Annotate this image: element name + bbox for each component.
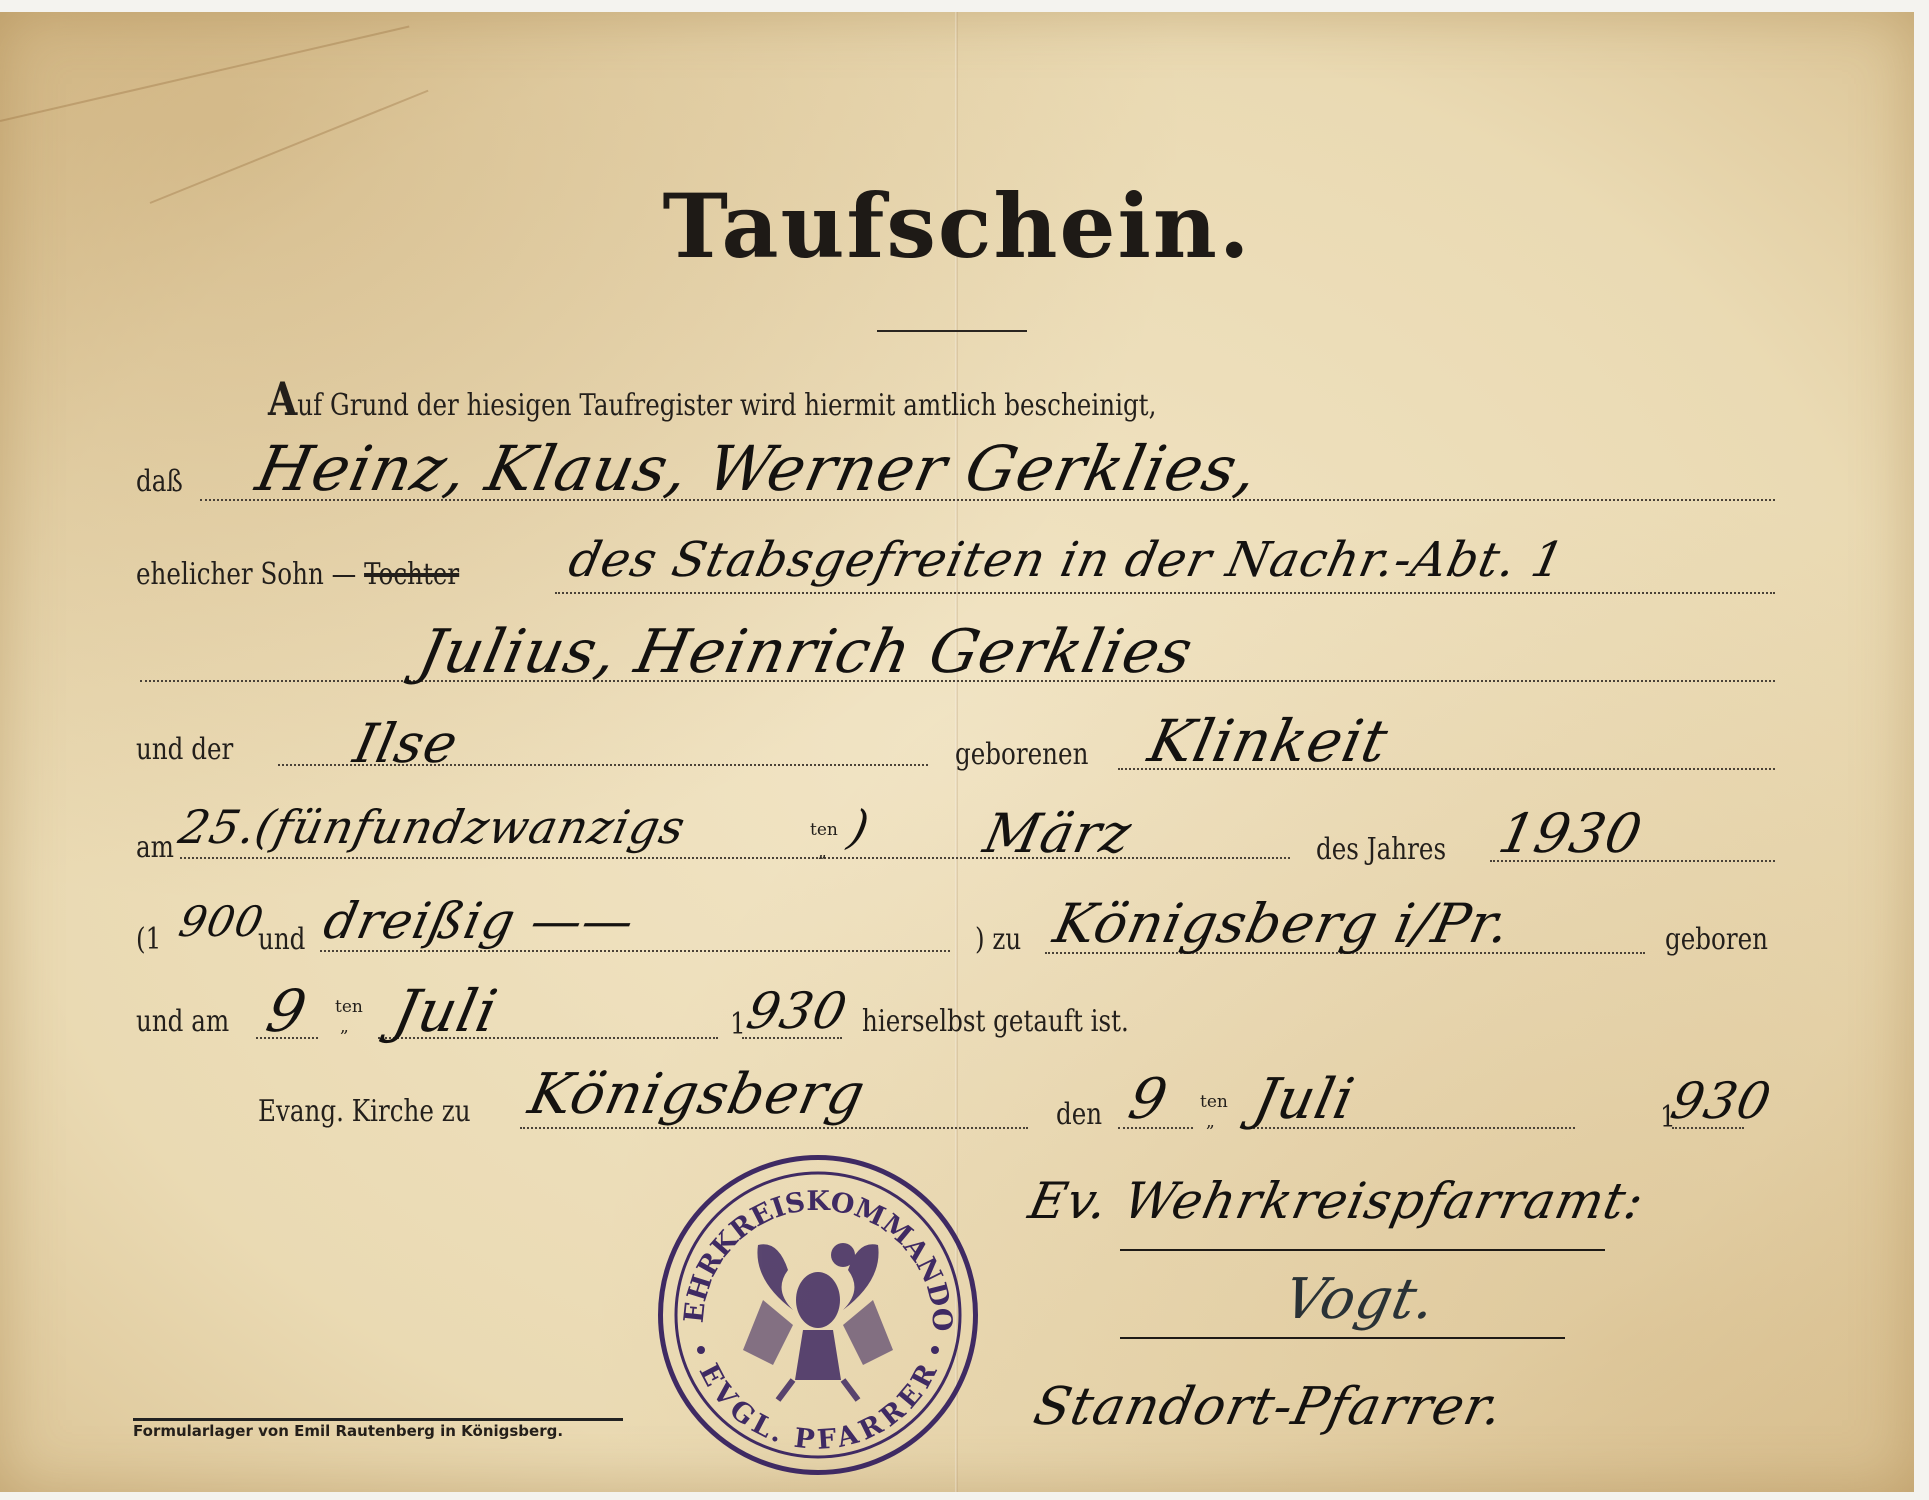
seal-ring-text: WEHRKREISKOMMANDO I EVGL. PFARRER [663, 1160, 973, 1470]
issue-month: Juli [1248, 1067, 1360, 1132]
ten-suffix: ten [810, 820, 838, 840]
label-mother: und der [136, 732, 233, 767]
year-words-tens: dreißig —— [319, 892, 640, 950]
intro-initial: A [268, 372, 297, 426]
ditto-mark: „ [1206, 1112, 1215, 1132]
signer-title: Standort-Pfarrer. [1029, 1377, 1509, 1437]
baptism-month: Juli [388, 977, 504, 1045]
label-church: Evang. Kirche zu [258, 1094, 471, 1129]
label-baptized-suffix: hierselbst getauft ist. [862, 1004, 1129, 1039]
ditto-mark: „ [818, 842, 827, 862]
signature-rule [1120, 1249, 1605, 1251]
label-zu: ) zu [975, 922, 1021, 957]
birth-place: Königsberg i/Pr. [1048, 892, 1516, 955]
label-den: den [1056, 1097, 1102, 1132]
birth-day-close: ) [844, 800, 874, 854]
fill-line [555, 592, 1775, 594]
label-und: und [258, 922, 305, 957]
title-divider [877, 330, 1027, 332]
fill-line [320, 950, 950, 952]
baptism-day: 9 [261, 977, 313, 1045]
father-name: Julius, Heinrich Gerklies [413, 617, 1200, 687]
mother-maiden-name: Klinkeit [1143, 707, 1395, 775]
child-name: Heinz, Klaus, Werner Gerklies, [250, 432, 1265, 505]
label-year: des Jahres [1316, 832, 1446, 867]
label-son: ehelicher Sohn — [136, 557, 356, 592]
intro-line: Auf Grund der hiesigen Taufregister wird… [268, 372, 1156, 426]
baptism-certificate-paper: Taufschein. Auf Grund der hiesigen Taufr… [0, 12, 1914, 1492]
year-words-century: 900 [175, 897, 269, 946]
label-date-prefix: am [136, 830, 174, 865]
label-dass: daß [136, 464, 183, 499]
birth-month: März [978, 802, 1137, 865]
label-open-paren: (1 [136, 922, 161, 957]
mother-first-name: Ilse [348, 712, 464, 775]
printer-imprint: Formularlager von Emil Rautenberg in Kön… [133, 1422, 563, 1440]
label-daughter-struck: Tochter [364, 557, 459, 592]
intro-text: uf Grund der hiesigen Taufregister wird … [297, 388, 1156, 423]
pastor-signature: Vogt. [1278, 1267, 1442, 1332]
birth-year: 1930 [1493, 802, 1648, 865]
father-occupation: des Stabsgefreiten in der Nachr.-Abt. 1 [564, 532, 1570, 588]
document-title: Taufschein. [0, 174, 1914, 278]
footer-rule [133, 1418, 623, 1421]
signature-rule [1120, 1337, 1565, 1339]
church-place: Königsberg [523, 1062, 871, 1127]
ten-suffix: ten [1200, 1092, 1228, 1112]
label-child-type: ehelicher Sohn — Tochter [136, 557, 459, 592]
issue-year: 930 [1666, 1072, 1777, 1130]
label-baptized-prefix: und am [136, 1004, 229, 1039]
ten-suffix: ten [335, 997, 363, 1017]
label-geboren: geboren [1665, 922, 1768, 957]
fill-line [520, 1127, 1028, 1129]
issuing-office: Ev. Wehrkreispfarramt: [1024, 1172, 1650, 1230]
issue-day: 9 [1123, 1067, 1173, 1132]
birth-day: 25.(fünfundzwanzigs [174, 800, 690, 854]
official-seal-stamp: WEHRKREISKOMMANDO I EVGL. PFARRER [658, 1155, 978, 1475]
ditto-mark: „ [340, 1017, 349, 1037]
eagle-emblem-icon [743, 1243, 893, 1400]
corner-crease [0, 26, 409, 122]
label-born-name: geborenen [955, 737, 1088, 772]
baptism-year: 930 [742, 982, 853, 1040]
